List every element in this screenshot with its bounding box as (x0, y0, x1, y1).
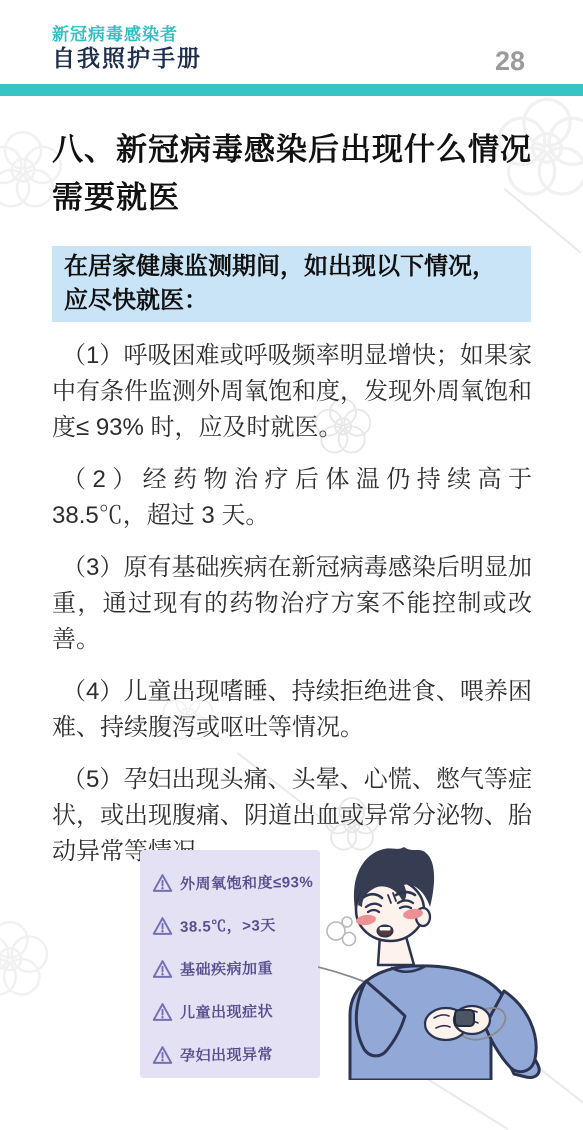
body-paragraph: （3）原有基础疾病在新冠病毒感染后明显加重，通过现有的药物治疗方案不能控制或改善… (52, 550, 532, 658)
warning-item-label: 孕妇出现异常 (180, 1043, 273, 1066)
series-title: 新冠病毒感染者 (52, 26, 202, 43)
warning-item-label: 儿童出现症状 (180, 1000, 273, 1023)
highlight-callout: 在居家健康监测期间，如出现以下情况， 应尽快就医： (52, 246, 531, 322)
highlight-line2: 应尽快就医： (64, 284, 519, 318)
warning-list-item: 38.5℃，>3天 (152, 904, 314, 947)
body-paragraph: （1）呼吸困难或呼吸频率明显增快；如果家中有条件监测外周氧饱和度，发现外周氧饱和… (52, 338, 532, 446)
warning-item-label: 外周氧饱和度≤93% (180, 871, 314, 894)
paragraph-list: （1）呼吸困难或呼吸频率明显增快；如果家中有条件监测外周氧饱和度，发现外周氧饱和… (52, 338, 532, 870)
warning-list-item: 外周氧饱和度≤93% (152, 861, 314, 904)
body-paragraph: （2）经药物治疗后体温仍持续高于 38.5℃，超过 3 天。 (52, 462, 532, 534)
warning-triangle-icon (152, 959, 173, 979)
handbook-page: 新冠病毒感染者 自我照护手册 28 八、新冠病毒感染后出现什么情况 需要就医 在… (0, 0, 583, 1130)
warning-list-item: 孕妇出现异常 (152, 1033, 314, 1076)
warning-item-label: 基础疾病加重 (180, 957, 273, 980)
header-divider-bar (0, 84, 583, 96)
pulse-oximeter (455, 1010, 474, 1026)
coughing-person-illustration (318, 843, 565, 1080)
breath-puffs (327, 917, 356, 946)
warning-list-item: 儿童出现症状 (152, 990, 314, 1033)
warning-list-item: 基础疾病加重 (152, 947, 314, 990)
section-title: 八、新冠病毒感染后出现什么情况 需要就医 (52, 126, 532, 222)
warning-triangle-icon (152, 873, 173, 893)
body-paragraph: （4）儿童出现嗜睡、持续拒绝进食、喂养困难、持续腹泻或呕吐等情况。 (52, 674, 532, 746)
section-title-line2: 需要就医 (52, 174, 532, 222)
section-content: 八、新冠病毒感染后出现什么情况 需要就医 在居家健康监测期间，如出现以下情况， … (52, 126, 532, 870)
section-title-line1: 八、新冠病毒感染后出现什么情况 (52, 126, 532, 174)
flower-watermark (0, 918, 52, 1002)
warning-panel: 外周氧饱和度≤93% 38.5℃，>3天 基础疾病加重 (140, 850, 320, 1078)
warning-triangle-icon (152, 1002, 173, 1022)
page-header: 新冠病毒感染者 自我照护手册 (52, 26, 202, 70)
highlight-line1: 在居家健康监测期间，如出现以下情况， (64, 250, 519, 284)
warning-triangle-icon (152, 1045, 173, 1065)
book-title: 自我照护手册 (52, 47, 202, 70)
page-number: 28 (495, 46, 525, 77)
warning-triangle-icon (152, 916, 173, 936)
warning-item-label: 38.5℃，>3天 (180, 914, 276, 937)
